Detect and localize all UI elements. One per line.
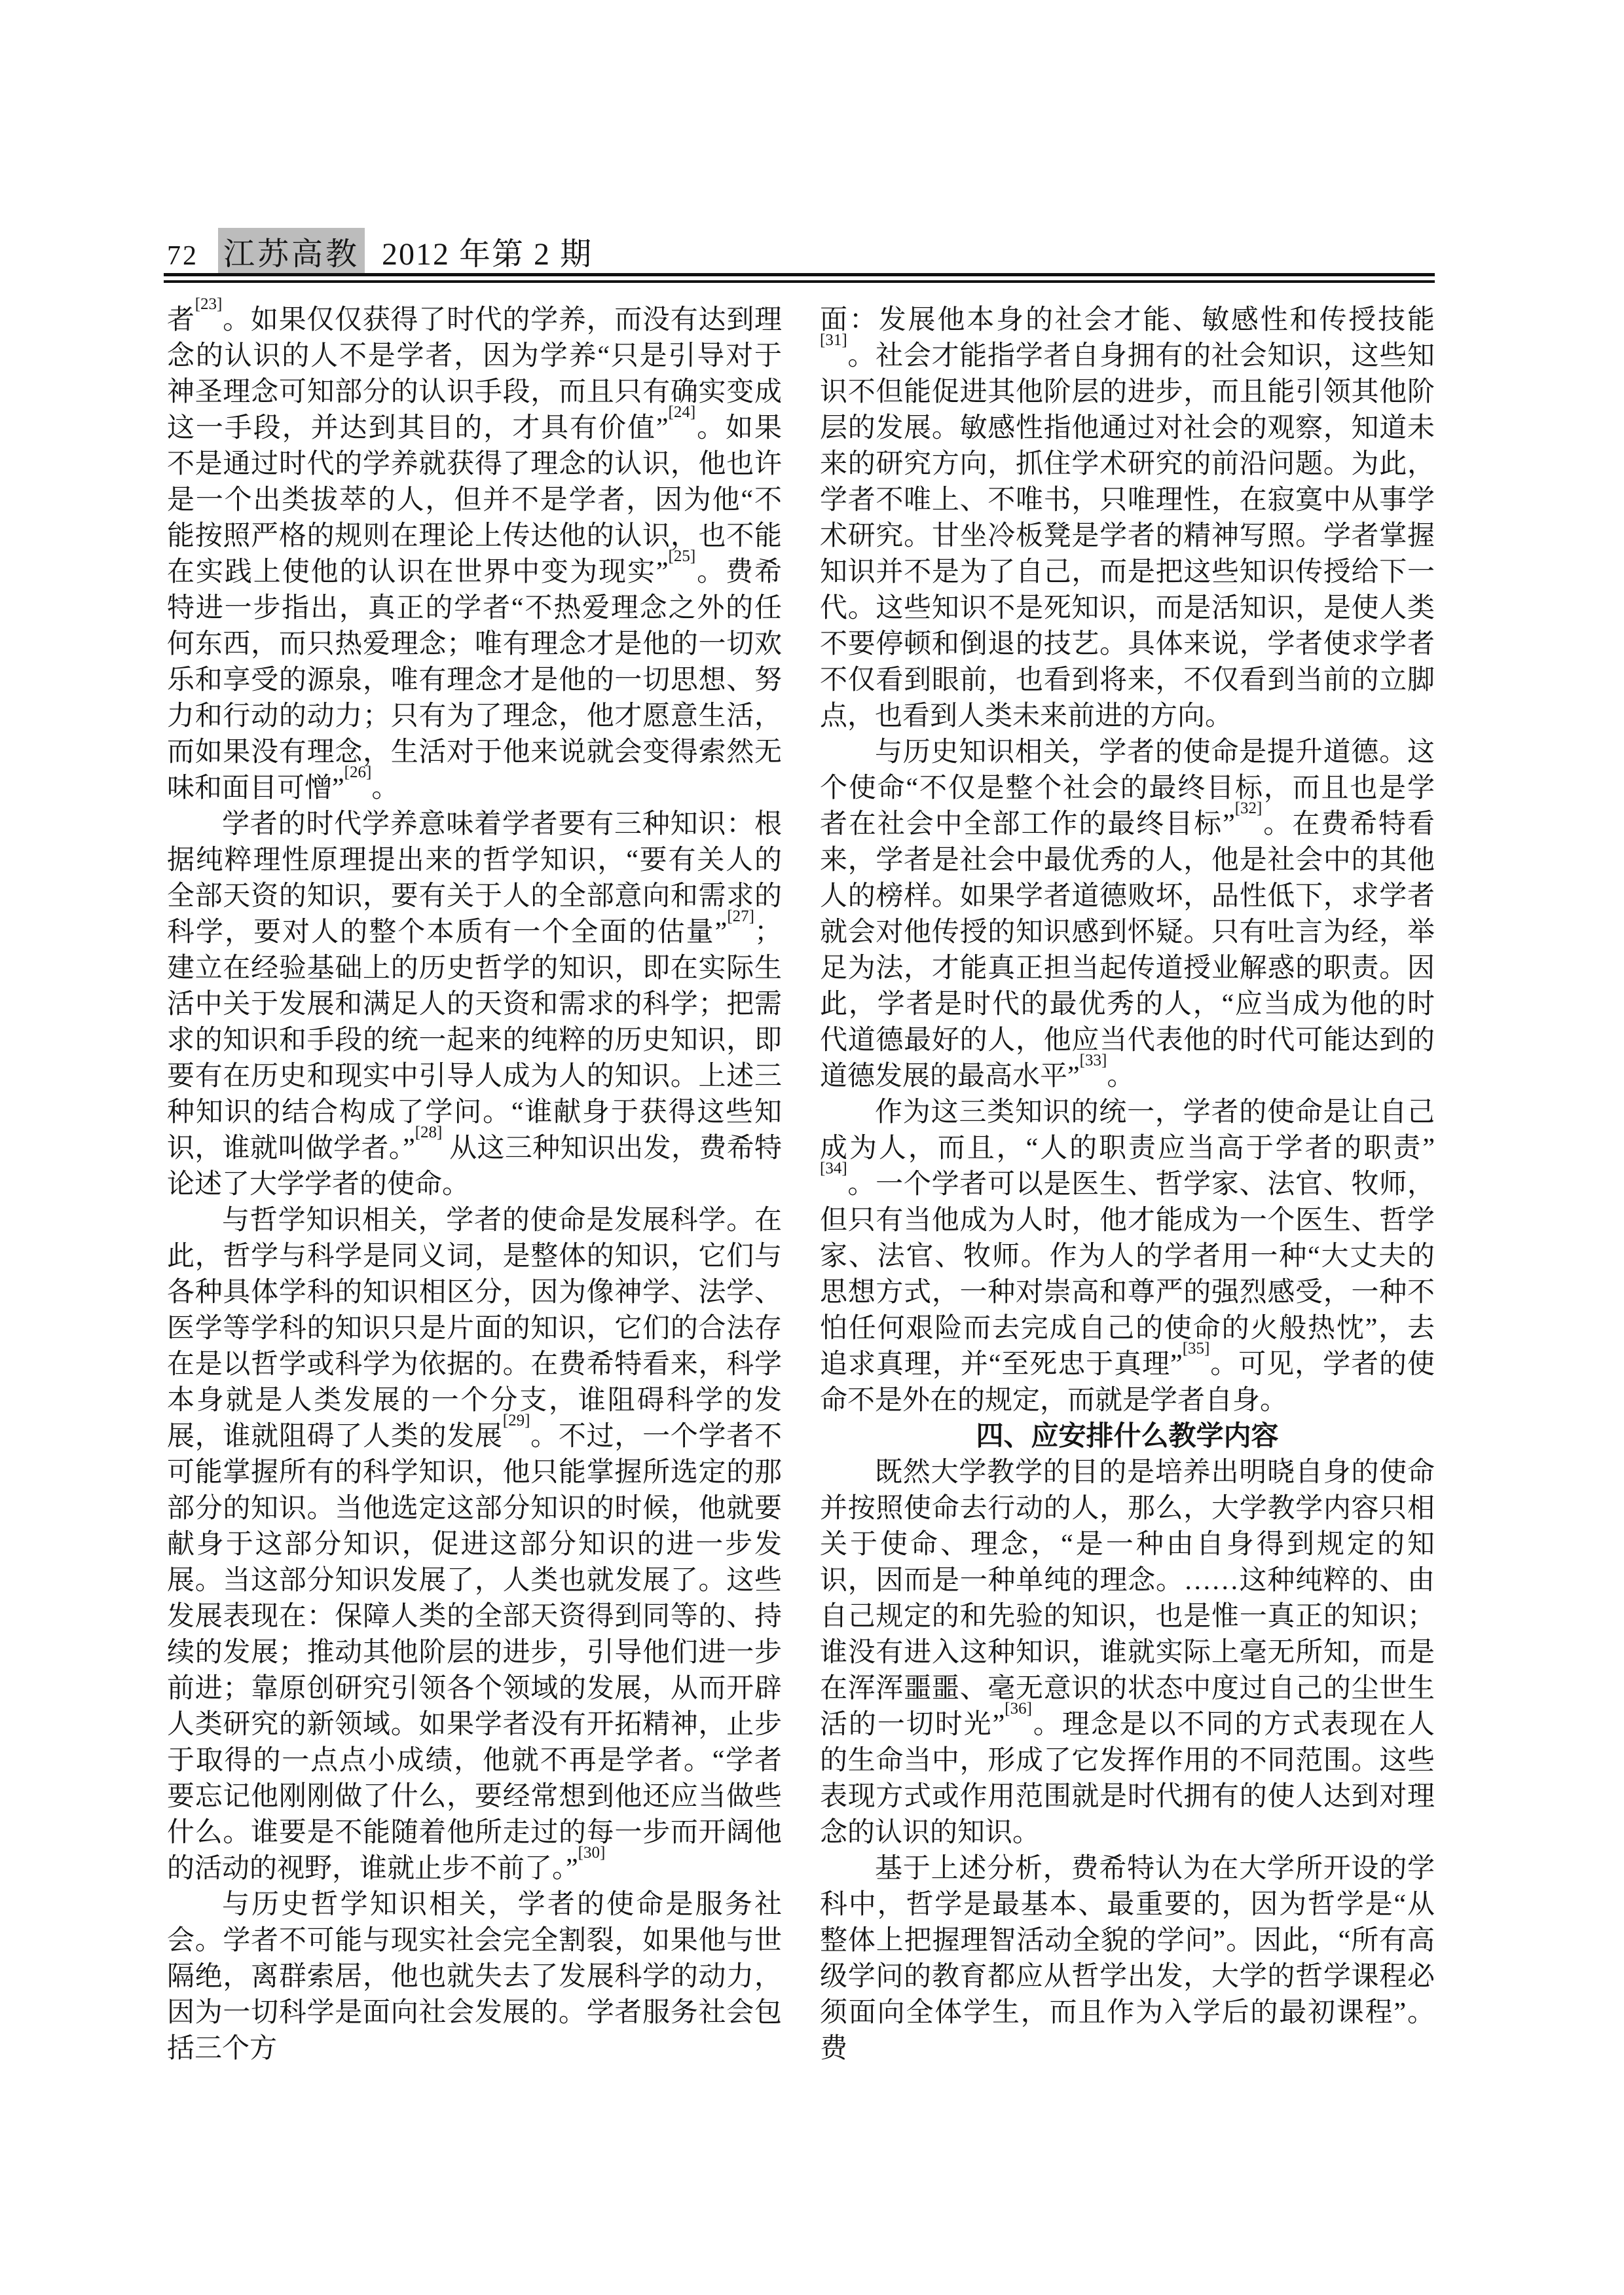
paragraph: 与历史哲学知识相关，学者的使命是服务社会。学者不可能与现实社会完全割裂，如果他与… bbox=[167, 1887, 782, 2067]
paragraph: 面：发展他本身的社会才能、敏感性和传授技能[31]。社会才能指学者自身拥有的社会… bbox=[820, 303, 1435, 735]
footnote-ref: [26] bbox=[344, 763, 372, 781]
footnote-ref: [32] bbox=[1235, 799, 1263, 817]
footnote-ref: [28] bbox=[415, 1124, 443, 1141]
right-column: 面：发展他本身的社会才能、敏感性和传授技能[31]。社会才能指学者自身拥有的社会… bbox=[820, 303, 1435, 2067]
page-number: 72 bbox=[167, 240, 198, 272]
paragraph: 与哲学知识相关，学者的使命是发展科学。在此，哲学与科学是同义词，是整体的知识，它… bbox=[167, 1203, 782, 1887]
footnote-ref: [24] bbox=[669, 403, 696, 421]
footnote-ref: [29] bbox=[503, 1412, 530, 1429]
paragraph: 与历史知识相关，学者的使命是提升道德。这个使命“不仅是整个社会的最终目标，而且也… bbox=[820, 735, 1435, 1095]
footnote-ref: [30] bbox=[578, 1844, 606, 1862]
issue-label: 2012 年第 2 期 bbox=[382, 229, 593, 274]
journal-title: 江苏高教 bbox=[218, 228, 365, 276]
footnote-ref: [35] bbox=[1183, 1340, 1210, 1357]
paragraph: 者[23]。如果仅仅获得了时代的学养，而没有达到理念的认识的人不是学者，因为学养… bbox=[167, 303, 782, 807]
section-heading: 四、应安排什么教学内容 bbox=[820, 1419, 1435, 1455]
left-column: 者[23]。如果仅仅获得了时代的学养，而没有达到理念的认识的人不是学者，因为学养… bbox=[167, 303, 782, 2067]
paragraph: 既然大学教学的目的是培养出明晓自身的使命并按照使命去行动的人，那么，大学教学内容… bbox=[820, 1455, 1435, 1851]
paragraph: 学者的时代学养意味着学者要有三种知识：根据纯粹理性原理提出来的哲学知识，“要有关… bbox=[167, 807, 782, 1203]
footnote-ref: [33] bbox=[1080, 1052, 1107, 1069]
footnote-ref: [25] bbox=[669, 547, 696, 565]
rule-bottom-line bbox=[164, 280, 1435, 283]
footnote-ref: [36] bbox=[1005, 1700, 1032, 1717]
paragraph: 基于上述分析，费希特认为在大学所开设的学科中，哲学是最基本、最重要的，因为哲学是… bbox=[820, 1851, 1435, 2067]
paragraph: 作为这三类知识的统一，学者的使命是让自己成为人，而且，“人的职责应当高于学者的职… bbox=[820, 1095, 1435, 1419]
footnote-ref: [34] bbox=[820, 1160, 847, 1177]
footnote-ref: [23] bbox=[195, 295, 223, 313]
journal-page: 72 江苏高教 2012 年第 2 期 者[23]。如果仅仅获得了时代的学养，而… bbox=[0, 0, 1624, 2295]
running-head: 72 江苏高教 2012 年第 2 期 bbox=[167, 228, 593, 276]
footnote-ref: [31] bbox=[820, 331, 847, 349]
article-body: 者[23]。如果仅仅获得了时代的学养，而没有达到理念的认识的人不是学者，因为学养… bbox=[167, 303, 1435, 2067]
footnote-ref: [27] bbox=[727, 908, 754, 925]
header-double-rule bbox=[164, 273, 1435, 283]
